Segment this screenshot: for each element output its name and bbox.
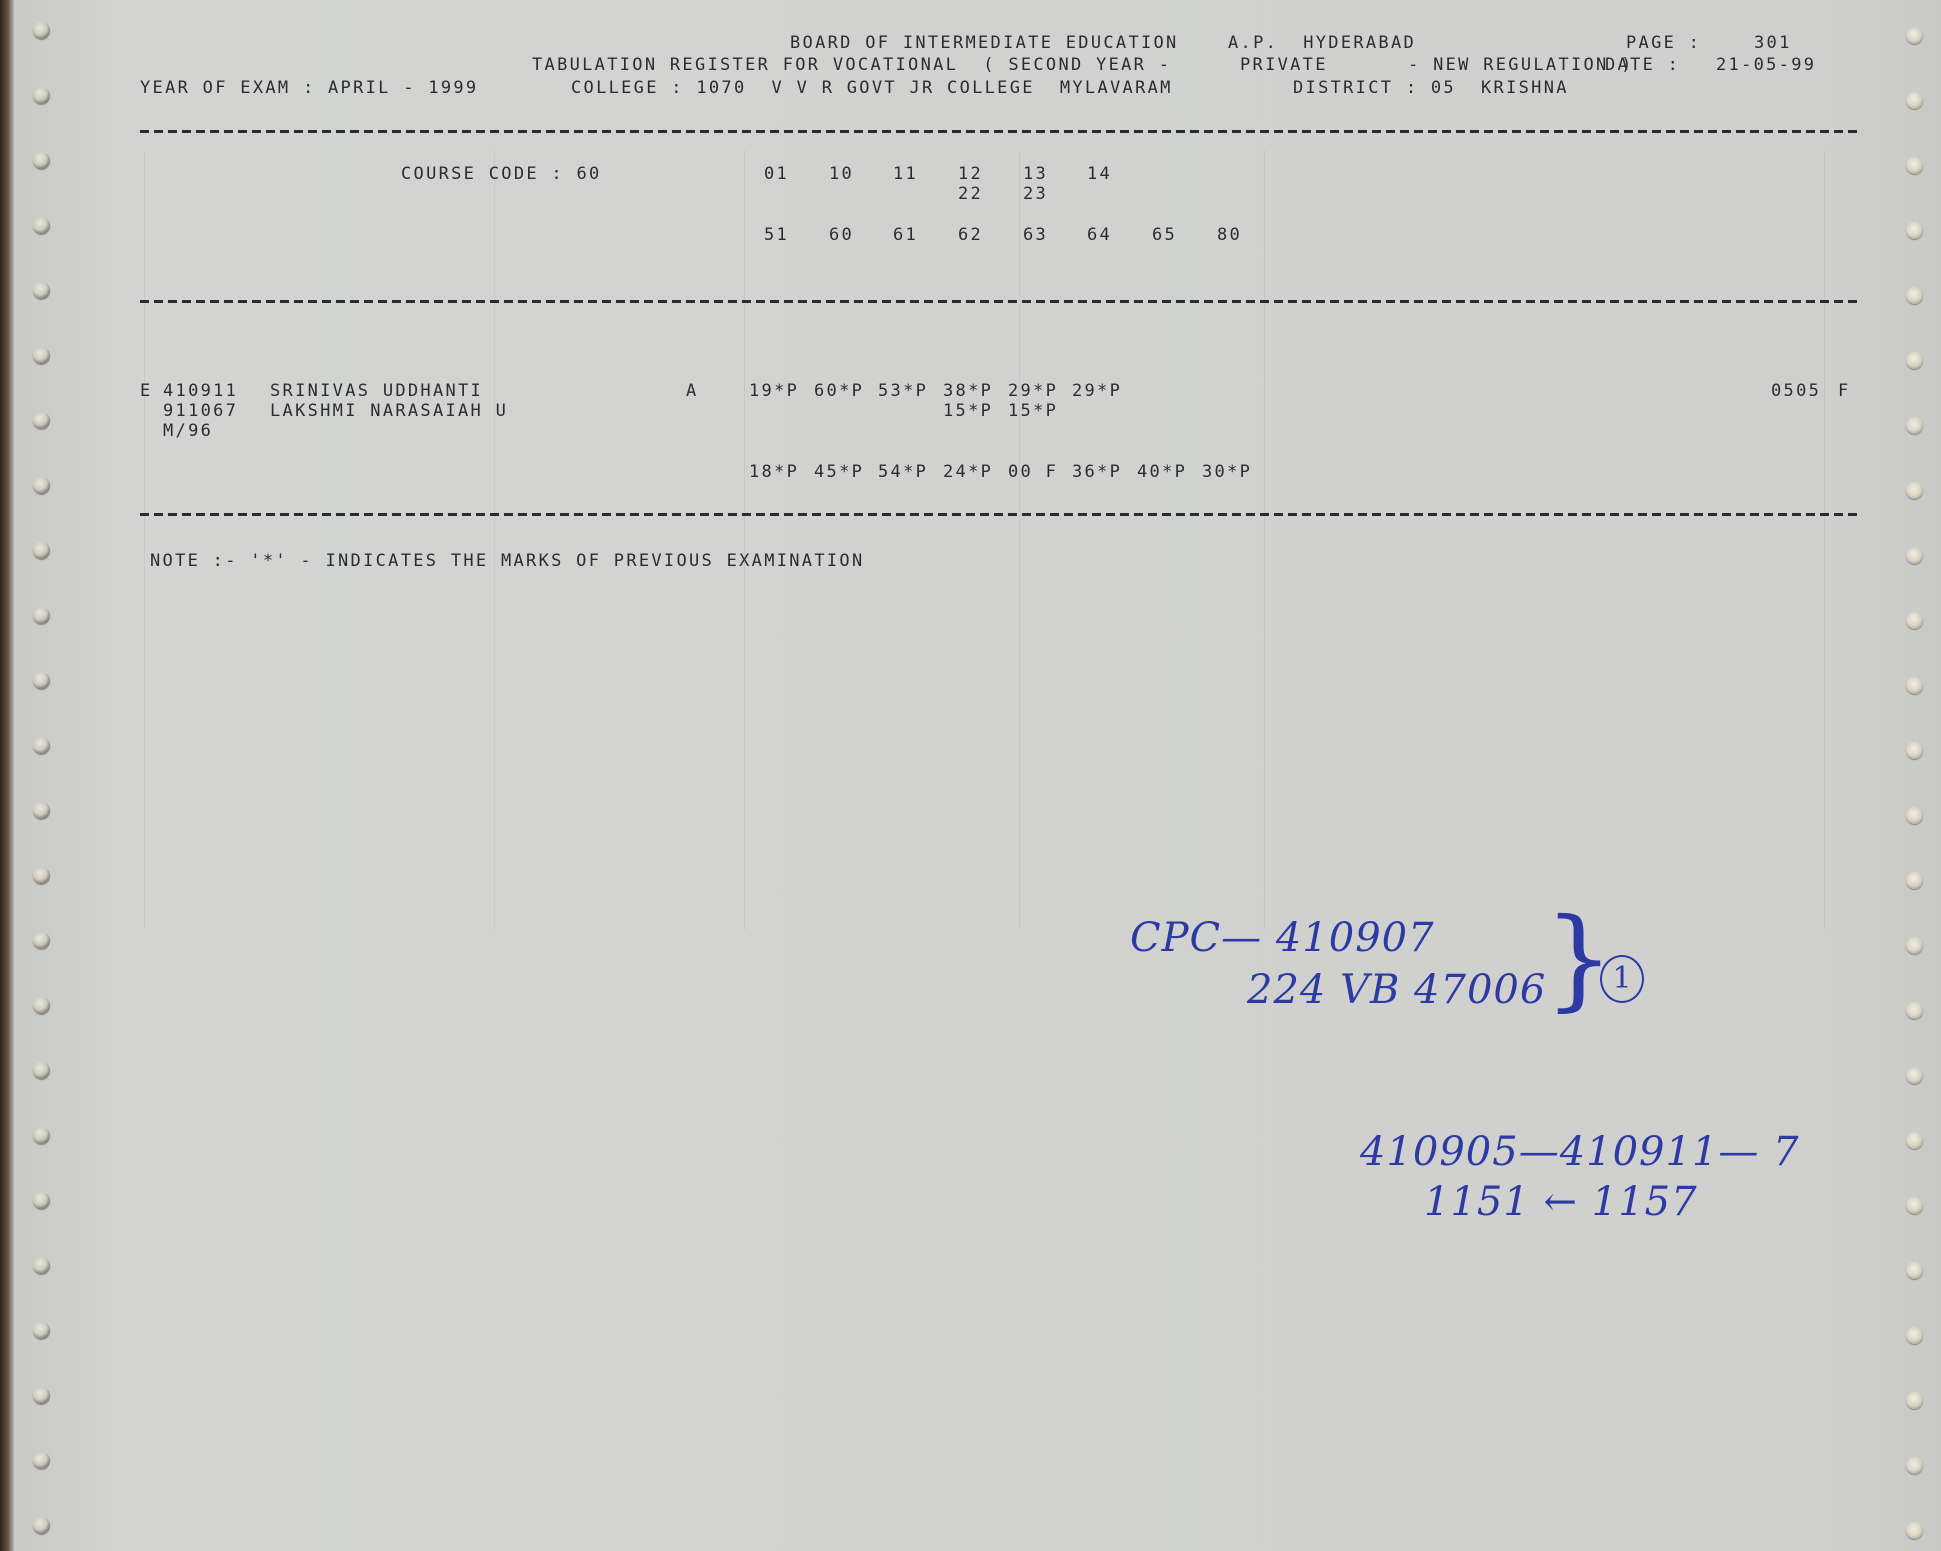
- medium: A: [686, 381, 699, 401]
- handwritten-page-range: 1151 ← 1157: [1424, 1180, 1698, 1224]
- subject-mark: 00 F: [1008, 462, 1058, 482]
- sprocket-hole: [1906, 417, 1923, 434]
- father-name: LAKSHMI NARASAIAH U: [270, 401, 508, 421]
- sprocket-hole: [33, 802, 50, 819]
- sprocket-hole: [1906, 92, 1923, 109]
- handwritten-cpc: CPC— 410907: [1130, 916, 1435, 960]
- previous-exam: M/96: [163, 421, 213, 441]
- board-location: A.P. HYDERABAD: [1228, 33, 1416, 53]
- separator-line: [140, 513, 1862, 516]
- registration-number: 911067: [163, 401, 238, 421]
- grid-line: [1824, 150, 1825, 930]
- sprocket-hole: [33, 22, 50, 39]
- page-label: PAGE :: [1626, 33, 1701, 53]
- sprocket-hole: [1906, 1002, 1923, 1019]
- subject-code: 14: [1087, 164, 1112, 184]
- sprocket-hole: [1906, 157, 1923, 174]
- register-title: TABULATION REGISTER FOR VOCATIONAL ( SEC…: [532, 55, 1171, 75]
- sprocket-hole: [1906, 1327, 1923, 1344]
- college-name: COLLEGE : 1070 V V R GOVT JR COLLEGE MYL…: [571, 78, 1173, 98]
- tabulation-sheet: BOARD OF INTERMEDIATE EDUCATION A.P. HYD…: [14, 0, 1941, 1551]
- student-category: E: [140, 381, 153, 401]
- sprocket-hole: [33, 477, 50, 494]
- sprocket-hole: [33, 1257, 50, 1274]
- board-title: BOARD OF INTERMEDIATE EDUCATION: [790, 33, 1179, 53]
- grid-line: [744, 150, 745, 930]
- subject-mark: 18*P: [749, 462, 799, 482]
- sprocket-hole: [33, 737, 50, 754]
- subject-code: 61: [893, 225, 918, 245]
- sprocket-hole: [1906, 1392, 1923, 1409]
- sprocket-hole: [1906, 1262, 1923, 1279]
- sprocket-hole: [1906, 937, 1923, 954]
- grid-line: [1019, 150, 1020, 930]
- subject-code: 13: [1023, 164, 1048, 184]
- sprocket-hole: [1906, 287, 1923, 304]
- sprocket-hole: [33, 1387, 50, 1404]
- subject-code: 51: [764, 225, 789, 245]
- subject-code: 12: [958, 164, 983, 184]
- sprocket-hole: [1906, 547, 1923, 564]
- subject-code: 01: [764, 164, 789, 184]
- sprocket-hole: [1906, 482, 1923, 499]
- sprocket-hole: [33, 87, 50, 104]
- hall-ticket-number: 410911: [163, 381, 238, 401]
- subject-code: 62: [958, 225, 983, 245]
- subject-mark: 45*P: [814, 462, 864, 482]
- year-of-exam: YEAR OF EXAM : APRIL - 1999: [140, 78, 478, 98]
- subject-code: 64: [1087, 225, 1112, 245]
- separator-line: [140, 300, 1862, 303]
- grid-line: [1264, 150, 1265, 930]
- grid-line: [494, 150, 495, 930]
- sprocket-hole: [1906, 807, 1923, 824]
- sprocket-hole: [33, 1192, 50, 1209]
- student-name: SRINIVAS UDDHANTI: [270, 381, 483, 401]
- sprocket-hole: [33, 1452, 50, 1469]
- subject-code: 22: [958, 184, 983, 204]
- sprocket-hole: [33, 672, 50, 689]
- sprocket-hole: [1906, 612, 1923, 629]
- regulation: - NEW REGULATION ): [1408, 55, 1634, 75]
- sprocket-hole: [33, 1322, 50, 1339]
- date-label: DATE :: [1605, 55, 1680, 75]
- page-number: 301: [1754, 33, 1792, 53]
- course-code: COURSE CODE : 60: [401, 164, 602, 184]
- separator-line: [140, 130, 1862, 133]
- grid-line: [144, 150, 145, 930]
- subject-mark: 29*P: [1008, 381, 1058, 401]
- sprocket-hole: [1906, 677, 1923, 694]
- sprocket-hole: [1906, 27, 1923, 44]
- sprocket-hole: [1906, 872, 1923, 889]
- sprocket-hole: [1906, 1067, 1923, 1084]
- district: DISTRICT : 05 KRISHNA: [1293, 78, 1569, 98]
- subject-mark: 38*P: [943, 381, 993, 401]
- sprocket-hole: [1906, 222, 1923, 239]
- sprocket-hole: [33, 347, 50, 364]
- subject-mark: 30*P: [1202, 462, 1252, 482]
- circled-number: 1: [1600, 955, 1644, 1003]
- sprocket-hole: [33, 997, 50, 1014]
- subject-mark: 40*P: [1137, 462, 1187, 482]
- result-status: F: [1838, 381, 1851, 401]
- print-date: 21-05-99: [1716, 55, 1816, 75]
- subject-mark: 60*P: [814, 381, 864, 401]
- subject-mark: 19*P: [749, 381, 799, 401]
- subject-code: 23: [1023, 184, 1048, 204]
- handwritten-code: 224 VB 47006: [1247, 968, 1546, 1012]
- candidate-type: PRIVATE: [1240, 55, 1328, 75]
- sprocket-hole: [1906, 1197, 1923, 1214]
- sprocket-hole: [33, 542, 50, 559]
- subject-code: 65: [1152, 225, 1177, 245]
- subject-code: 80: [1217, 225, 1242, 245]
- subject-mark: 15*P: [1008, 401, 1058, 421]
- sprocket-hole: [1906, 352, 1923, 369]
- sprocket-hole: [33, 217, 50, 234]
- subject-code: 11: [893, 164, 918, 184]
- sprocket-hole: [1906, 742, 1923, 759]
- subject-code: 63: [1023, 225, 1048, 245]
- brace-mark: }: [1544, 903, 1614, 1013]
- sprocket-hole: [33, 1127, 50, 1144]
- sprocket-hole: [33, 932, 50, 949]
- total-marks: 0505: [1771, 381, 1821, 401]
- paper-torn-edge: [0, 0, 14, 1551]
- subject-mark: 36*P: [1072, 462, 1122, 482]
- subject-mark: 54*P: [878, 462, 928, 482]
- sprocket-hole: [33, 867, 50, 884]
- subject-code: 10: [829, 164, 854, 184]
- sprocket-hole: [1906, 1132, 1923, 1149]
- footnote: NOTE :- '*' - INDICATES THE MARKS OF PRE…: [150, 551, 865, 571]
- sprocket-hole: [33, 607, 50, 624]
- subject-mark: 24*P: [943, 462, 993, 482]
- sprocket-hole: [1906, 1522, 1923, 1539]
- sprocket-hole: [33, 1517, 50, 1534]
- sprocket-hole: [33, 282, 50, 299]
- sprocket-hole: [1906, 1457, 1923, 1474]
- sprocket-hole: [33, 1062, 50, 1079]
- subject-code: 60: [829, 225, 854, 245]
- subject-mark: 53*P: [878, 381, 928, 401]
- sprocket-hole: [33, 152, 50, 169]
- subject-mark: 29*P: [1072, 381, 1122, 401]
- sprocket-hole: [33, 412, 50, 429]
- handwritten-range: 410905—410911— 7: [1360, 1130, 1800, 1174]
- subject-mark: 15*P: [943, 401, 993, 421]
